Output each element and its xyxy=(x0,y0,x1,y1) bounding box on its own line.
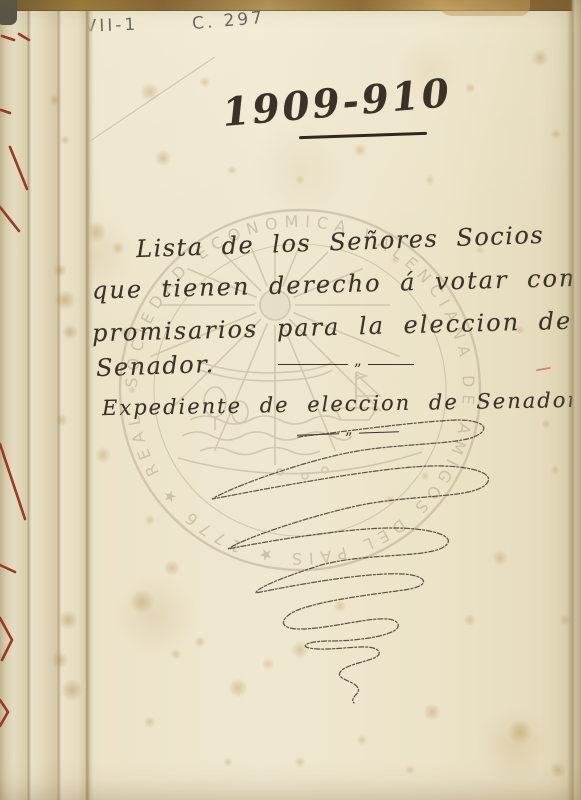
title-underline xyxy=(299,132,427,139)
scanned-manuscript-page: SOCIEDAD ECONOMICA VALENCIANA DE AMIGOS … xyxy=(0,0,581,800)
archive-mark-box: C. 297 xyxy=(191,8,266,34)
top-left-corner-chip xyxy=(0,0,17,25)
rule-segment xyxy=(278,364,348,365)
page-title: 1909-910 xyxy=(220,70,453,136)
separator-rule-1: „ xyxy=(278,362,414,366)
manuscript-line-4: Senador. xyxy=(96,350,216,382)
page-right-edge xyxy=(567,0,581,800)
pink-pencil-mark xyxy=(536,367,552,375)
rule-segment xyxy=(359,431,399,433)
rule-comma-mark: „ xyxy=(354,358,362,362)
top-edge-tear xyxy=(438,0,530,16)
stitch-thread xyxy=(19,34,29,40)
rule-segment xyxy=(368,364,414,365)
stitch-thread xyxy=(0,444,25,519)
rule-segment xyxy=(297,433,339,435)
stitch-thread xyxy=(2,36,14,40)
stitch-thread xyxy=(10,147,27,189)
seal-landscape xyxy=(178,362,422,479)
stitch-thread xyxy=(1,110,10,113)
rule-comma-mark: „ xyxy=(345,427,353,431)
stitch-thread xyxy=(0,565,15,572)
binding-strip xyxy=(0,0,94,800)
stitching-threads xyxy=(0,0,94,800)
stitch-thread xyxy=(0,700,8,726)
stitch-thread xyxy=(0,618,12,660)
stitch-thread xyxy=(0,207,19,231)
